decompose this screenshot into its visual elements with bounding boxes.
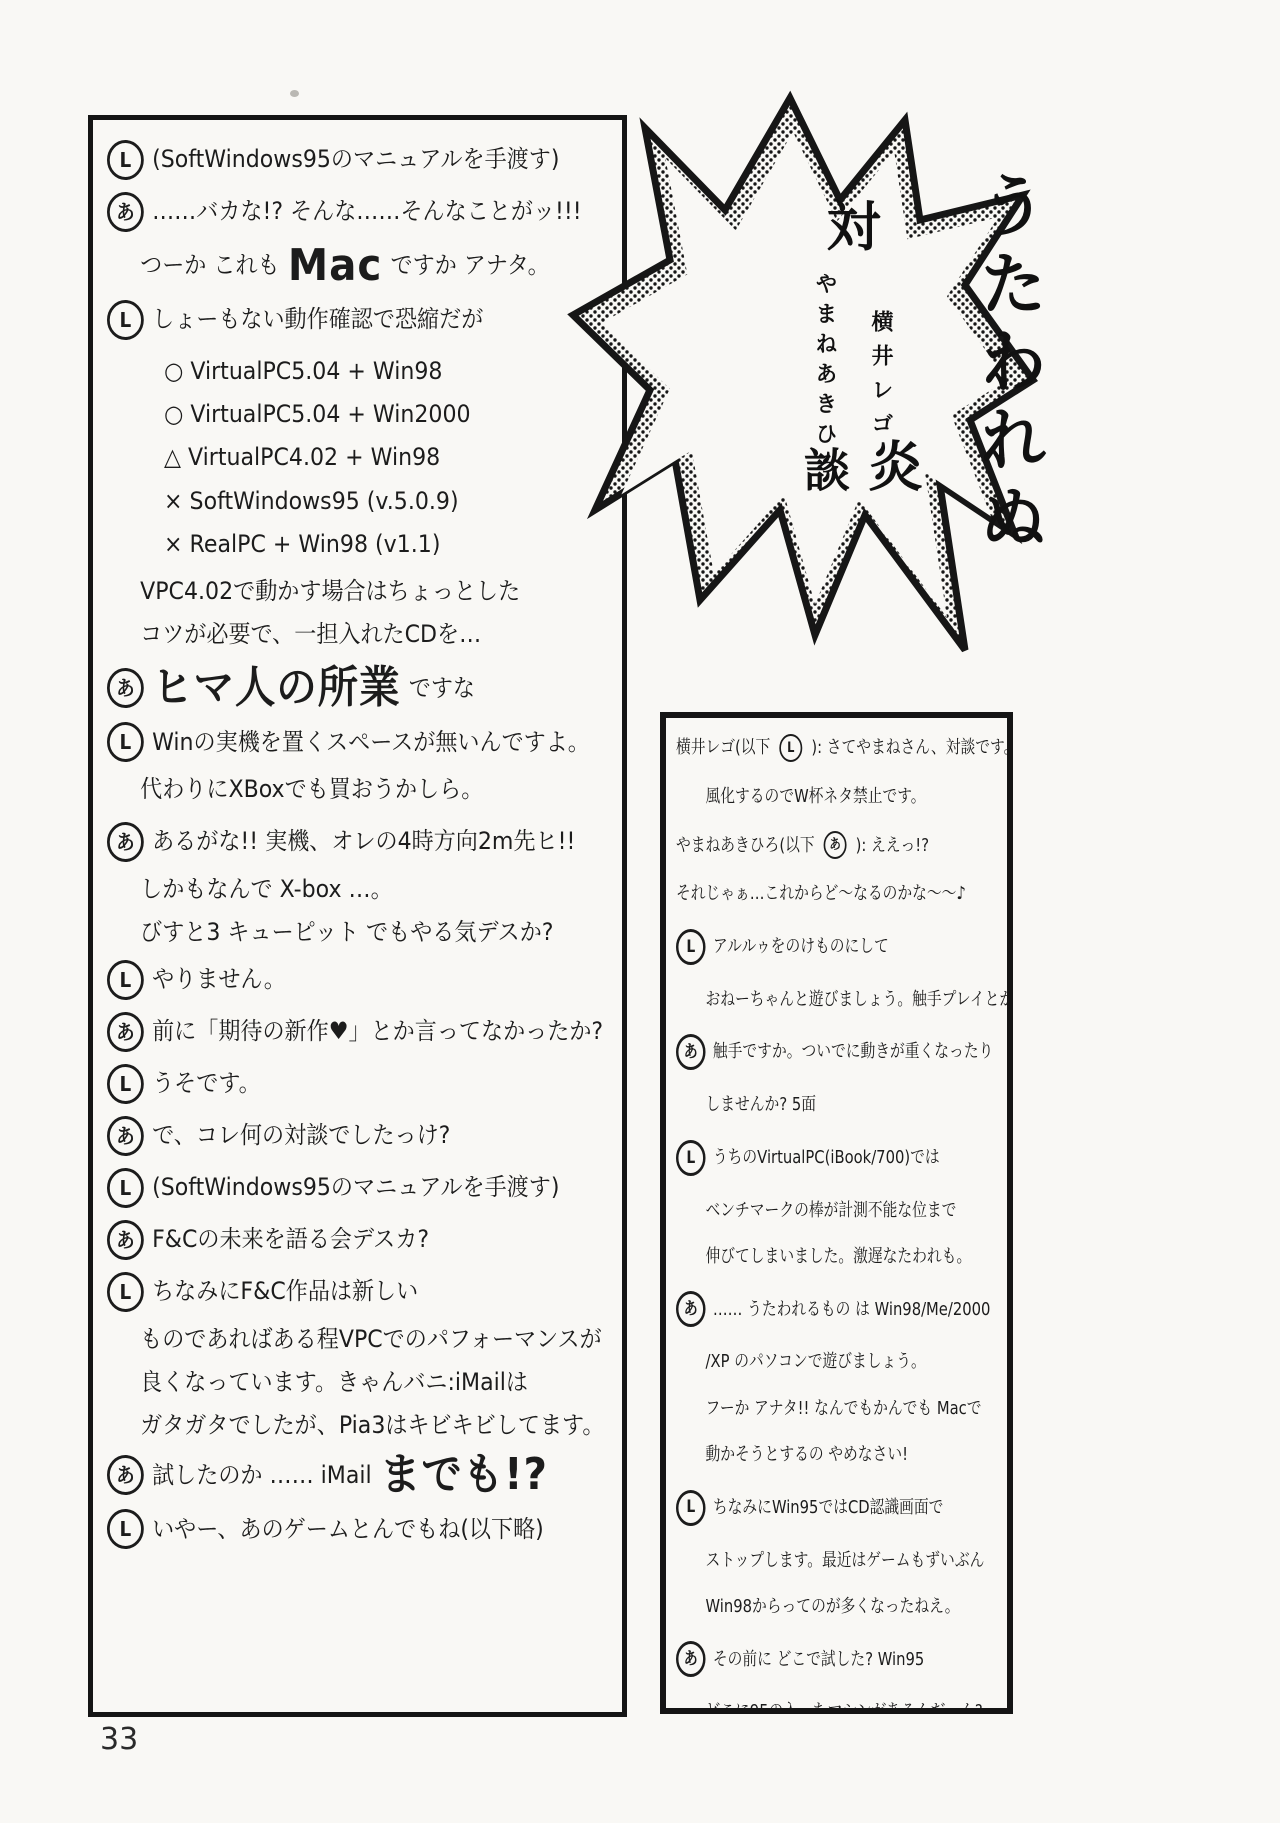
text-segment: アルルゥをのけものにして <box>713 935 889 958</box>
dialogue-line: ガタガタでしたが、Pia3はキビキビしてます。 <box>107 1410 627 1441</box>
title-dan-char: 談 <box>791 446 857 492</box>
dialogue-line: ○ VirtualPC5.04 + Win98 <box>107 356 627 387</box>
dialogue-line: あその前に どこで試した? Win95 <box>676 1641 1001 1677</box>
dialogue-line: それじゃぁ…これからど〜なるのかな〜〜♪ <box>676 882 1001 905</box>
speaker-mark: L <box>107 300 144 340</box>
dialogue-line: ベンチマークの棒が計測不能な位まで <box>676 1199 1013 1222</box>
text-segment: フーか アナタ!! なんでもかんでも Macで <box>706 1397 982 1420</box>
text-segment: あるがな!! 実機、オレの4時方向2m先ヒ!! <box>152 826 575 857</box>
speaker-mark: L <box>107 1168 144 1208</box>
dialogue-line: コツが必要で、一担入れたCDを… <box>107 619 627 650</box>
text-segment: × RealPC + Win98 (v1.1) <box>164 529 440 560</box>
text-segment: うちのVirtualPC(iBook/700)では <box>713 1146 940 1169</box>
text-segment: うそです。 <box>152 1068 261 1099</box>
dialogue-line: ああるがな!! 実機、オレの4時方向2m先ヒ!! <box>107 822 614 862</box>
text-segment: 触手ですか。ついでに動きが重くなったり <box>713 1040 993 1063</box>
text-segment: ヒマ人の所業 <box>152 666 400 710</box>
speaker-mark: あ <box>107 1220 144 1260</box>
dialogue-line: × SoftWindows95 (v.5.0.9) <box>107 486 627 517</box>
dialogue-line: やまねあきひろ(以下あ): ええっ!? <box>676 831 1001 859</box>
text-segment: しかもなんで X-box …。 <box>140 874 393 905</box>
text-segment: 横井レゴ(以下 <box>676 736 770 759</box>
participant-yokoi: 横井レゴ <box>865 310 896 446</box>
dialogue-line: あ…… うたわれるもの は Win98/Me/2000 <box>676 1291 1001 1327</box>
dialogue-line: /XP のパソコンで遊びましょう。 <box>676 1350 1013 1373</box>
dialogue-line: あ……バカな!? そんな……そんなことがッ!!! <box>107 192 614 232</box>
dialogue-line: しませんか? 5面 <box>676 1093 1013 1116</box>
dialogue-line: VPC4.02で動かす場合はちょっとした <box>107 576 627 607</box>
text-segment: どこに95の入ったマシンがあるんだ…ん? <box>706 1700 983 1714</box>
speaker-mark: あ <box>676 1641 706 1677</box>
text-segment: F&Cの未来を語る会デスカ? <box>152 1224 429 1255</box>
speaker-mark: L <box>107 1272 144 1312</box>
dialogue-line: フーか アナタ!! なんでもかんでも Macで <box>676 1397 1013 1420</box>
text-segment: までも!? <box>380 1453 548 1497</box>
text-segment: ○ VirtualPC5.04 + Win2000 <box>164 399 471 430</box>
text-segment: VPC4.02で動かす場合はちょっとした <box>140 576 520 607</box>
speaker-mark: L <box>107 140 144 180</box>
text-segment: つーか これも <box>140 250 280 281</box>
dialogue-line: 伸びてしまいました。激遅なたわれも。 <box>676 1245 1013 1268</box>
text-segment: △ VirtualPC4.02 + Win98 <box>164 442 440 473</box>
speaker-mark: L <box>107 722 144 762</box>
scan-speck <box>290 90 299 97</box>
dialogue-line: 動かそうとするの やめなさい! <box>676 1443 1013 1466</box>
dialogue-line: どこに95の入ったマシンがあるんだ…ん? <box>676 1700 1013 1714</box>
speaker-mark: L <box>676 929 706 965</box>
text-segment: /XP のパソコンで遊びましょう。 <box>706 1350 926 1373</box>
text-segment: ちなみにWin95ではCD認識画面で <box>713 1496 944 1519</box>
text-segment: しませんか? 5面 <box>706 1093 816 1116</box>
inline-speaker-mark: L <box>779 734 802 762</box>
text-segment: やまねあきひろ(以下 <box>676 834 815 857</box>
text-segment: ものであればある程VPCでのパフォーマンスが <box>140 1324 602 1355</box>
speaker-mark: あ <box>107 822 144 862</box>
dialogue-line: LWinの実機を置くスペースが無いんですよ。 <box>107 722 614 762</box>
text-segment: ……バカな!? そんな……そんなことがッ!!! <box>152 196 582 227</box>
text-segment: 風化するのでW杯ネタ禁止です。 <box>706 785 926 808</box>
speaker-mark: L <box>107 1509 144 1549</box>
dialogue-line: あ触手ですか。ついでに動きが重くなったり <box>676 1034 1001 1070</box>
dialogue-line: あヒマ人の所業 ですな <box>107 666 614 710</box>
text-segment: おねーちゃんと遊びましょう。触手プレイとか。 <box>706 988 1013 1011</box>
speaker-mark: あ <box>107 1116 144 1156</box>
dialogue-line: 良くなっています。きゃんバニ:iMailは <box>107 1367 627 1398</box>
text-segment: ): さてやまねさん、対談です。 <box>811 736 1013 759</box>
text-segment: 試したのか …… iMail <box>152 1460 372 1491</box>
dialogue-line: Lやりません。 <box>107 960 614 1000</box>
dialogue-line: LちなみにF&C作品は新しい <box>107 1272 614 1312</box>
text-segment: (SoftWindows95のマニュアルを手渡す) <box>152 144 559 175</box>
text-segment: ): ええっ!? <box>856 834 929 857</box>
dialogue-line: ものであればある程VPCでのパフォーマンスが <box>107 1324 627 1355</box>
dialogue-line: あ試したのか …… iMail までも!? <box>107 1453 614 1497</box>
text-segment: ストップします。最近はゲームもずいぶん <box>706 1549 985 1572</box>
dialogue-line: 横井レゴ(以下L): さてやまねさん、対談です。 <box>676 734 1001 762</box>
dialogue-line: Lアルルゥをのけものにして <box>676 929 1001 965</box>
text-segment: それじゃぁ…これからど〜なるのかな〜〜♪ <box>676 882 966 905</box>
speaker-mark: あ <box>107 1012 144 1052</box>
dialogue-line: Win98からってのが多くなったねえ。 <box>676 1595 1013 1618</box>
speaker-mark: あ <box>107 192 144 232</box>
title-main-text: うたわれぬ <box>959 170 1056 560</box>
text-segment: 動かそうとするの やめなさい! <box>706 1443 908 1466</box>
dialogue-line: ○ VirtualPC5.04 + Win2000 <box>107 399 627 430</box>
text-segment: 代わりにXBoxでも買おうかしら。 <box>140 774 483 805</box>
text-segment: いやー、あのゲームとんでもね(以下略) <box>152 1514 544 1545</box>
dialogue-line: しかもなんで X-box …。 <box>107 874 627 905</box>
dialogue-line: × RealPC + Win98 (v1.1) <box>107 529 627 560</box>
text-segment: ○ VirtualPC5.04 + Win98 <box>164 356 442 387</box>
speaker-mark: L <box>676 1140 706 1176</box>
text-segment: …… うたわれるもの は Win98/Me/2000 <box>713 1298 991 1321</box>
text-segment: Mac <box>288 244 382 288</box>
dialogue-line: あF&Cの未来を語る会デスカ? <box>107 1220 614 1260</box>
text-segment: びすと3 キューピット でもやる気デスか? <box>140 917 553 948</box>
text-segment: ガタガタでしたが、Pia3はキビキビしてます。 <box>140 1410 604 1441</box>
speaker-mark: L <box>676 1490 706 1526</box>
text-segment: やりません。 <box>152 964 286 995</box>
text-segment: 伸びてしまいました。激遅なたわれも。 <box>706 1245 972 1268</box>
dialogue-line: L(SoftWindows95のマニュアルを手渡す) <box>107 140 614 180</box>
right-dialogue-panel: 横井レゴ(以下L): さてやまねさん、対談です。風化するのでW杯ネタ禁止です。や… <box>660 712 1013 1714</box>
dialogue-line: つーか これも Mac ですか アナタ。 <box>107 244 627 288</box>
text-segment: (SoftWindows95のマニュアルを手渡す) <box>152 1172 559 1203</box>
inline-speaker-mark: あ <box>824 831 847 859</box>
dialogue-line: あ前に「期待の新作♥」とか言ってなかったか? <box>107 1012 614 1052</box>
title-burst: うたわれぬ 対 やまねあきひろ 横井レゴ 談 炎 <box>565 90 1040 670</box>
dialogue-line: LちなみにWin95ではCD認識画面で <box>676 1490 1001 1526</box>
dialogue-line: ストップします。最近はゲームもずいぶん <box>676 1549 1013 1572</box>
text-segment: ですな <box>409 673 475 704</box>
speaker-mark: あ <box>676 1291 706 1327</box>
page-number: 33 <box>100 1722 138 1757</box>
speaker-mark: あ <box>676 1034 706 1070</box>
title-tai-char: 対 <box>811 198 888 252</box>
speaker-mark: あ <box>107 668 144 708</box>
text-segment: × SoftWindows95 (v.5.0.9) <box>164 486 459 517</box>
text-segment: ですか アナタ。 <box>391 250 550 281</box>
text-segment: その前に どこで試した? Win95 <box>713 1648 924 1671</box>
speaker-mark: あ <box>107 1455 144 1495</box>
speaker-mark: L <box>107 960 144 1000</box>
text-segment: で、コレ何の対談でしたっけ? <box>152 1120 450 1151</box>
text-segment: しょーもない動作確認で恐縮だが <box>152 304 483 335</box>
text-segment: 良くなっています。きゃんバニ:iMailは <box>140 1367 528 1398</box>
speaker-mark: L <box>107 1064 144 1104</box>
dialogue-line: △ VirtualPC4.02 + Win98 <box>107 442 627 473</box>
text-segment: Winの実機を置くスペースが無いんですよ。 <box>152 727 590 758</box>
left-dialogue-panel: L(SoftWindows95のマニュアルを手渡す)あ……バカな!? そんな……… <box>88 115 627 1717</box>
dialogue-line: おねーちゃんと遊びましょう。触手プレイとか。 <box>676 988 1013 1011</box>
title-flame-char: 炎 <box>853 438 930 492</box>
dialogue-line: L(SoftWindows95のマニュアルを手渡す) <box>107 1168 614 1208</box>
text-segment: Win98からってのが多くなったねえ。 <box>706 1595 960 1618</box>
dialogue-line: びすと3 キューピット でもやる気デスか? <box>107 917 627 948</box>
dialogue-line: あで、コレ何の対談でしたっけ? <box>107 1116 614 1156</box>
dialogue-line: 代わりにXBoxでも買おうかしら。 <box>107 774 627 805</box>
text-segment: 前に「期待の新作♥」とか言ってなかったか? <box>152 1016 603 1047</box>
dialogue-line: 風化するのでW杯ネタ禁止です。 <box>676 785 1013 808</box>
text-segment: コツが必要で、一担入れたCDを… <box>140 619 481 650</box>
text-segment: ちなみにF&C作品は新しい <box>152 1276 418 1307</box>
text-segment: ベンチマークの棒が計測不能な位まで <box>706 1199 957 1222</box>
dialogue-line: LうちのVirtualPC(iBook/700)では <box>676 1140 1001 1176</box>
dialogue-line: Lしょーもない動作確認で恐縮だが <box>107 300 614 340</box>
dialogue-line: Lうそです。 <box>107 1064 614 1104</box>
dialogue-line: Lいやー、あのゲームとんでもね(以下略) <box>107 1509 614 1549</box>
scanned-page: L(SoftWindows95のマニュアルを手渡す)あ……バカな!? そんな……… <box>0 0 1280 1823</box>
